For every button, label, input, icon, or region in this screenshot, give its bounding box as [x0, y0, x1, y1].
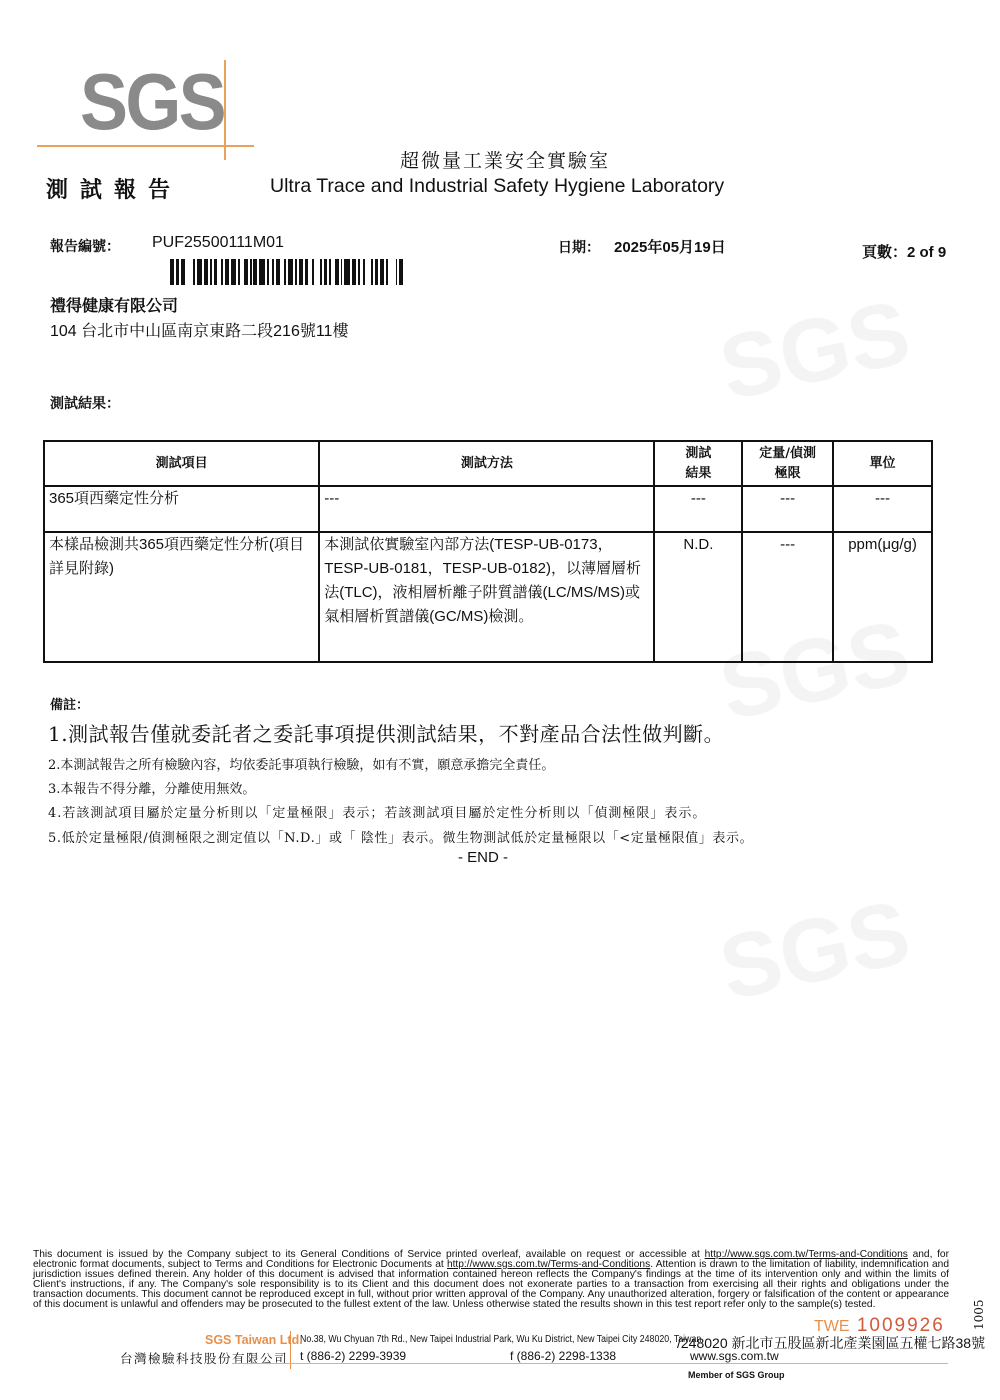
- company-name-zh: 台灣檢驗科技股份有限公司: [120, 1349, 288, 1367]
- cell-result: N.D.: [654, 532, 742, 662]
- column-header-result: 測試 結果: [654, 441, 742, 486]
- note-item: 5.低於定量極限/偵測極限之測定值以「N.D.」或「 陰性」表示。微生物測試低於…: [48, 827, 753, 846]
- cell-item: 365項西藥定性分析: [44, 486, 319, 532]
- note-item: 4.若該測試項目屬於定量分析則以「定量極限」表示；若該測試項目屬於定性分析則以「…: [48, 802, 706, 821]
- member-of-sgs-group: Member of SGS Group: [688, 1370, 785, 1380]
- note-item: 2.本測試報告之所有檢驗內容，均依委託事項執行檢驗，如有不實，願意承擔完全責任。: [48, 754, 554, 773]
- report-number-label: 報告編號：: [50, 236, 120, 256]
- footer-divider-horizontal: [232, 1363, 948, 1364]
- company-name-en: SGS Taiwan Ltd.: [205, 1333, 303, 1347]
- logo-crosshair-horizontal: [37, 145, 254, 147]
- sgs-watermark: SGS: [711, 281, 918, 421]
- table-header-row: 測試項目 測試方法 測試 結果 定量/偵測 極限 單位: [44, 441, 932, 486]
- footer-address-en: No.38, Wu Chyuan 7th Rd., New Taipei Ind…: [300, 1334, 701, 1345]
- footer-fax: f (886-2) 2298-1338: [510, 1349, 616, 1363]
- cell-result: ---: [654, 486, 742, 532]
- column-header-limit: 定量/偵測 極限: [742, 441, 833, 486]
- client-company: 禮得健康有限公司: [50, 293, 178, 316]
- footer-telephone: t (886-2) 2299-3939: [300, 1349, 406, 1363]
- barcode: [170, 259, 486, 285]
- client-address: 104 台北市中山區南京東路二段216號11樓: [50, 318, 348, 341]
- cell-unit: ppm(μg/g): [833, 532, 932, 662]
- column-header-item: 測試項目: [44, 441, 319, 486]
- lab-name-en: Ultra Trace and Industrial Safety Hygien…: [270, 175, 724, 198]
- page-count: 頁數：2 of 9: [862, 241, 946, 262]
- cell-limit: ---: [742, 486, 833, 532]
- cell-method: 本測試依實驗室內部方法(TESP-UB-0173，TESP-UB-0181，TE…: [319, 532, 654, 662]
- column-header-unit: 單位: [833, 441, 932, 486]
- note-item: 3.本報告不得分離，分離使用無效。: [48, 778, 255, 797]
- date-value: 2025年05月19日: [614, 236, 726, 257]
- cell-unit: ---: [833, 486, 932, 532]
- note-item: 1.測試報告僅就委託者之委託事項提供測試結果，不對產品合法性做判斷。: [48, 718, 724, 747]
- sgs-logo: SGS: [80, 62, 224, 142]
- notes-heading: 備註：: [50, 694, 89, 713]
- cell-item: 本樣品檢測共365項西藥定性分析(項目詳見附錄): [44, 532, 319, 662]
- logo-crosshair-vertical: [224, 60, 226, 160]
- cell-limit: ---: [742, 532, 833, 662]
- lab-name-zh: 超微量工業安全實驗室: [400, 146, 610, 173]
- sgs-watermark: SGS: [711, 881, 918, 1021]
- results-table: 測試項目 測試方法 測試 結果 定量/偵測 極限 單位 365項西藥定性分析 -…: [43, 440, 933, 663]
- date-label: 日期：: [558, 237, 600, 257]
- legal-disclaimer: This document is issued by the Company s…: [33, 1250, 949, 1309]
- column-header-method: 測試方法: [319, 441, 654, 486]
- report-number: PUF25500111M01: [152, 234, 284, 252]
- table-row: 本樣品檢測共365項西藥定性分析(項目詳見附錄) 本測試依實驗室內部方法(TES…: [44, 532, 932, 662]
- end-mark: - END -: [458, 849, 508, 866]
- cell-method: ---: [319, 486, 654, 532]
- report-title: 測試報告: [46, 173, 182, 204]
- results-heading: 測試結果：: [50, 393, 120, 413]
- table-row: 365項西藥定性分析 --- --- --- ---: [44, 486, 932, 532]
- side-number: 1005: [972, 1299, 986, 1330]
- footer-website[interactable]: www.sgs.com.tw: [690, 1349, 779, 1363]
